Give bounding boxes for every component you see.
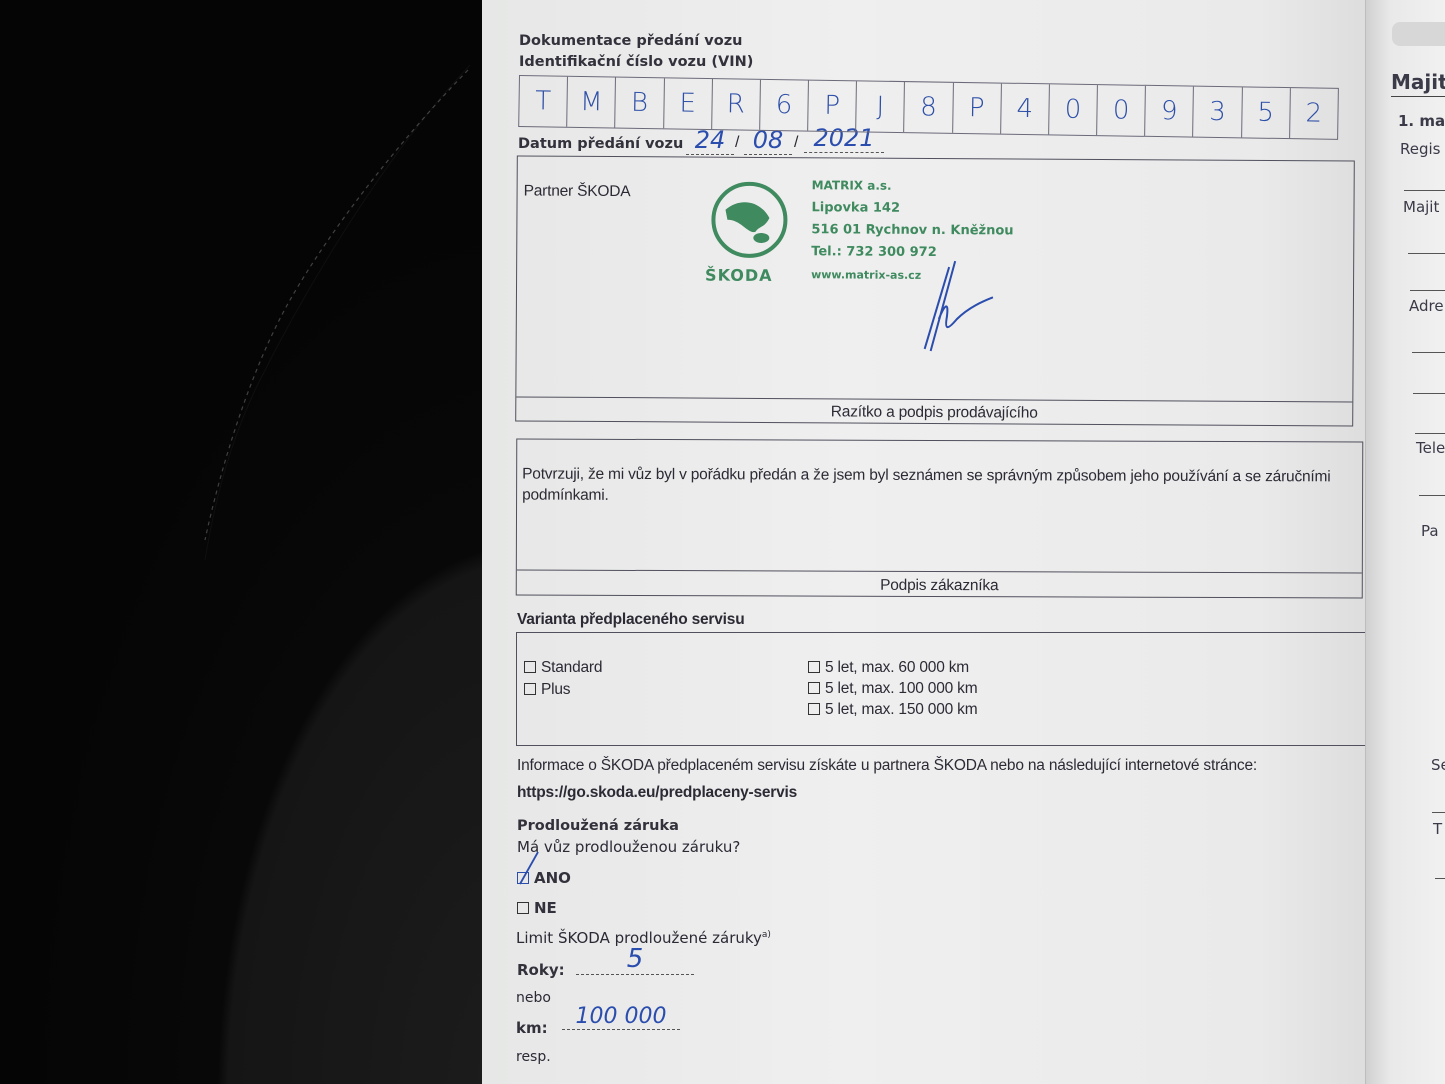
stamp-brand: ŠKODA <box>705 266 773 285</box>
vin-char-cell[interactable]: P <box>953 83 1002 134</box>
skoda-logo-stamp-icon <box>709 180 789 260</box>
vin-char-cell[interactable]: 3 <box>1194 87 1243 138</box>
vin-char-cell[interactable]: 0 <box>1049 84 1098 135</box>
next-page-item1: 1. ma <box>1398 112 1445 130</box>
checkbox-icon[interactable] <box>524 683 536 695</box>
seat-stitching <box>0 0 485 1084</box>
warranty-title: Prodloužená záruka <box>517 818 679 834</box>
field-line <box>1404 190 1445 191</box>
checkbox-icon[interactable] <box>808 661 820 673</box>
field-line <box>1413 393 1445 394</box>
field-line <box>1408 253 1445 254</box>
variant-plus-checkbox[interactable]: Plus <box>524 681 570 699</box>
years-field[interactable]: 5 <box>576 944 694 975</box>
resp-label: resp. <box>516 1049 551 1065</box>
date-label: Datum předání vozu <box>518 136 683 152</box>
vin-char-cell[interactable]: 4 <box>1001 84 1050 135</box>
warranty-question: Má vůz prodlouženou záruku? <box>517 838 740 856</box>
warranty-no-checkbox[interactable]: NE <box>517 899 557 917</box>
seller-signature <box>917 259 1008 360</box>
next-page-edge <box>1365 0 1445 1084</box>
date-separator: / <box>735 134 739 152</box>
next-page-s-fragment: Se <box>1431 756 1445 774</box>
partner-box: Partner ŠKODA ŠKODA MATRIX a.s. Lipovka … <box>515 155 1355 426</box>
checkbox-icon[interactable] <box>524 661 536 673</box>
service-variant-title: Varianta předplaceného servisu <box>517 611 744 629</box>
next-page-par: Pa <box>1421 522 1439 540</box>
field-line <box>1415 433 1445 434</box>
vin-char-cell[interactable]: 8 <box>905 82 954 133</box>
checkbox-icon[interactable] <box>517 902 529 914</box>
vin-char-cell[interactable]: 5 <box>1242 87 1291 138</box>
stamp-street: Lipovka 142 <box>811 200 900 216</box>
date-separator: / <box>794 134 798 152</box>
km-field[interactable]: 100 000 <box>562 1004 680 1030</box>
vin-char-cell[interactable]: 9 <box>1145 86 1194 137</box>
field-line <box>1435 878 1445 879</box>
or-label: nebo <box>516 990 551 1006</box>
customer-signature-label: Podpis zákazníka <box>517 570 1362 599</box>
stamp-city: 516 01 Rychnov n. Kněžnou <box>811 222 1013 238</box>
date-day-field[interactable]: 24 <box>686 126 734 155</box>
vin-char-cell[interactable]: T <box>519 76 568 127</box>
next-page-address: Adre <box>1409 297 1444 315</box>
document-title: Dokumentace předání vozu <box>519 33 742 49</box>
vin-char-cell[interactable]: E <box>664 78 713 129</box>
checkbox-icon[interactable] <box>808 703 820 715</box>
next-page-title: Majit <box>1391 70 1445 94</box>
service-info-link[interactable]: https://go.skoda.eu/predplaceny-servis <box>517 784 797 802</box>
field-line <box>1419 495 1445 496</box>
checkbox-icon[interactable] <box>808 682 820 694</box>
page-tab <box>1392 22 1445 46</box>
customer-confirmation-text: Potvrzuji, že mi vůz byl v pořádku předá… <box>522 464 1352 509</box>
stamp-company: MATRIX a.s. <box>812 178 892 192</box>
next-page-phone: Tele <box>1416 439 1445 457</box>
vin-char-cell[interactable]: M <box>567 77 616 128</box>
years-label: Roky: <box>517 961 565 979</box>
plan-60000-checkbox[interactable]: 5 let, max. 60 000 km <box>808 659 969 677</box>
seller-signature-label: Razítko a podpis prodávajícího <box>516 396 1352 426</box>
field-line <box>1410 290 1445 291</box>
handover-document-page: Dokumentace předání vozu Identifikační č… <box>482 0 1394 1084</box>
vin-char-cell[interactable]: J <box>856 81 905 132</box>
stamp-web: www.matrix-as.cz <box>811 268 921 282</box>
vin-char-cell[interactable]: B <box>616 78 665 129</box>
km-label: km: <box>516 1019 548 1037</box>
plan-100000-checkbox[interactable]: 5 let, max. 100 000 km <box>808 680 977 698</box>
partner-label: Partner ŠKODA <box>524 182 631 201</box>
vin-char-cell[interactable]: 2 <box>1290 88 1338 139</box>
title-underline <box>1391 96 1445 97</box>
variant-standard-checkbox[interactable]: Standard <box>524 659 602 677</box>
service-variant-box: Standard Plus 5 let, max. 60 000 km 5 le… <box>516 632 1370 746</box>
vin-char-cell[interactable]: 6 <box>760 80 809 131</box>
vin-char-cell[interactable]: 0 <box>1097 85 1146 136</box>
customer-box: Potvrzuji, že mi vůz byl v pořádku předá… <box>516 439 1364 599</box>
stamp-phone: Tel.: 732 300 972 <box>811 244 937 260</box>
next-page-t-fragment: T <box>1433 820 1442 838</box>
field-line <box>1432 812 1445 813</box>
service-info-text: Informace o ŠKODA předplaceném servisu z… <box>517 757 1257 775</box>
vin-char-cell[interactable]: P <box>808 81 857 132</box>
vin-label: Identifikační číslo vozu (VIN) <box>519 54 753 70</box>
check-mark-icon <box>518 850 540 886</box>
vin-char-cell[interactable]: R <box>712 79 761 130</box>
field-line <box>1412 352 1445 353</box>
plan-150000-checkbox[interactable]: 5 let, max. 150 000 km <box>808 701 977 719</box>
next-page-owner: Majit <box>1403 198 1439 216</box>
next-page-reg: Regis <box>1400 140 1440 158</box>
